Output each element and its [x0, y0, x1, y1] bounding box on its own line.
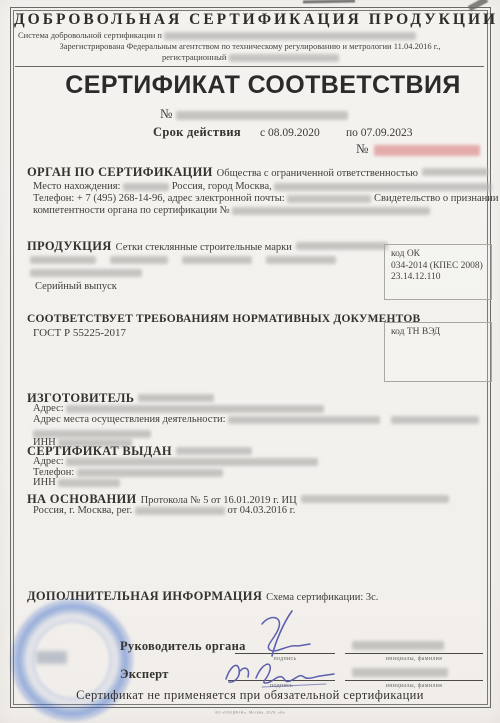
printer-imprint: АО «ОПЦИОН», Москва, 2020, «В»: [90, 711, 411, 715]
redacted-text: [228, 416, 380, 424]
redacted-text: [301, 495, 449, 503]
registered-line: Зарегистрирована Федеральным агентством …: [14, 42, 486, 51]
manufacturer-address: Адрес:: [33, 403, 324, 414]
code-ok-label: код ОК: [391, 249, 488, 261]
header-divider: [15, 66, 484, 67]
basis-text2-suffix: от 04.03.2016 г.: [227, 505, 295, 516]
certification-body-phone: Телефон: + 7 (495) 268-14-96, адрес элек…: [33, 193, 499, 204]
redacted-text: [138, 394, 214, 402]
redacted-text: [30, 256, 96, 264]
name-line: [345, 680, 483, 681]
product-issue-type: Серийный выпуск: [35, 281, 117, 292]
redacted-text: [176, 111, 348, 120]
redacted-text: [66, 405, 324, 413]
redacted-name: [352, 668, 448, 677]
redacted-text: [287, 195, 371, 203]
valid-from: с 08.09.2020: [260, 127, 320, 139]
code-tnved-box: код ТН ВЭД: [384, 322, 492, 382]
redacted-text: [422, 168, 488, 176]
certification-body-line1: ОРГАН ПО СЕРТИФИКАЦИИ Общества с огранич…: [27, 164, 488, 181]
blank-number-line: №: [0, 142, 500, 157]
system-line-text: Система добровольной сертификации п: [18, 30, 162, 40]
location-value: Россия, город Москва,: [172, 181, 272, 192]
additional-info-line: ДОПОЛНИТЕЛЬНАЯ ИНФОРМАЦИЯ Схема сертифик…: [27, 588, 378, 605]
redacted-text: [30, 269, 142, 277]
certificate-title: СЕРТИФИКАТ СООТВЕТСТВИЯ: [34, 72, 492, 98]
certification-body-org-type: Общества с ограниченной ответственностью: [217, 168, 418, 179]
scan-artifact: [303, 0, 355, 3]
issued-to-inn: ИНН: [33, 477, 120, 488]
redacted-text: [58, 479, 120, 487]
recognition-line1: Свидетельство о признании: [374, 193, 499, 204]
inn-label: ИНН: [33, 477, 56, 488]
address-label: Адрес:: [33, 403, 64, 414]
additional-info-value: Схема сертификации: 3с.: [266, 592, 378, 603]
certificate-number-line: №: [160, 107, 348, 121]
redacted-name: [352, 641, 444, 650]
redacted-text: [296, 242, 388, 250]
address-label: Адрес:: [33, 456, 64, 467]
document-title: ДОБРОВОЛЬНАЯ СЕРТИФИКАЦИЯ ПРОДУКЦИИ: [14, 12, 486, 28]
redacted-text: [176, 447, 252, 455]
stamp-center-mark: [36, 651, 67, 664]
system-line: Система добровольной сертификации п: [18, 31, 416, 40]
redacted-text: [110, 256, 168, 264]
issued-to-address: Адрес:: [33, 456, 318, 467]
redacted-text: [182, 256, 252, 264]
conformity-label: СООТВЕТСТВУЕТ ТРЕБОВАНИЯМ НОРМАТИВНЫХ ДО…: [27, 313, 420, 325]
name-caption: инициалы, фамилия: [345, 656, 483, 662]
head-signature-ink: [248, 610, 328, 658]
validity-line: Срок действия с 08.09.2020 по 07.09.2023: [0, 126, 500, 142]
valid-to: по 07.09.2023: [346, 127, 413, 139]
registration-line-text: регистрационный: [162, 52, 226, 62]
additional-info-label: ДОПОЛНИТЕЛЬНАЯ ИНФОРМАЦИЯ: [27, 589, 262, 603]
redacted-text: [77, 469, 223, 477]
blank-number-label: №: [356, 142, 368, 156]
phone-line: Телефон: + 7 (495) 268-14-96, адрес элек…: [33, 193, 285, 204]
location-label: Место нахождения:: [33, 181, 120, 192]
footer-note: Сертификат не применяется при обязательн…: [14, 689, 486, 702]
name-line: [345, 653, 483, 654]
recognition-line2: компетентности органа по сертификации №: [33, 205, 230, 216]
certification-body-label: ОРГАН ПО СЕРТИФИКАЦИИ: [27, 165, 213, 179]
redacted-text: [66, 458, 318, 466]
certification-body-recognition: компетентности органа по сертификации №: [33, 205, 430, 216]
activity-address-label: Адрес места осуществления деятельности:: [33, 414, 226, 425]
head-of-body-label: Руководитель органа: [120, 640, 246, 653]
code-ok-box: код ОК 034-2014 (КПЕС 2008) 23.14.12.110: [384, 244, 492, 300]
code-ok-value2: 23.14.12.110: [391, 272, 488, 284]
code-tnved-label: код ТН ВЭД: [391, 327, 488, 339]
redacted-text: [391, 416, 479, 424]
number-label: №: [160, 106, 172, 121]
redacted-text: [164, 32, 416, 40]
validity-label: Срок действия: [153, 126, 241, 139]
redacted-text: [232, 207, 430, 215]
basis-label: НА ОСНОВАНИИ: [27, 492, 137, 506]
redacted-text-red: [374, 145, 480, 156]
redacted-text: [274, 183, 492, 191]
redacted-text: [123, 183, 169, 191]
redacted-text: [266, 256, 336, 264]
code-ok-value1: 034-2014 (КПЕС 2008): [391, 261, 488, 273]
basis-text2-prefix: Россия, г. Москва, рег.: [33, 505, 132, 516]
registration-line: регистрационный: [162, 53, 339, 62]
certification-body-location: Место нахождения: Россия, город Москва,: [33, 181, 492, 192]
redacted-text: [135, 507, 225, 515]
product-line3: [30, 265, 142, 282]
basis-line2: Россия, г. Москва, рег. от 04.03.2016 г.: [33, 505, 295, 516]
redacted-text: [229, 54, 339, 62]
manufacturer-activity-address: Адрес места осуществления деятельности:: [33, 414, 479, 425]
expert-signature-ink: [222, 655, 342, 689]
expert-label: Эксперт: [120, 668, 169, 681]
conformity-standard: ГОСТ Р 55225-2017: [33, 328, 126, 340]
certificate-document: ДОБРОВОЛЬНАЯ СЕРТИФИКАЦИЯ ПРОДУКЦИИ Сист…: [0, 0, 500, 723]
